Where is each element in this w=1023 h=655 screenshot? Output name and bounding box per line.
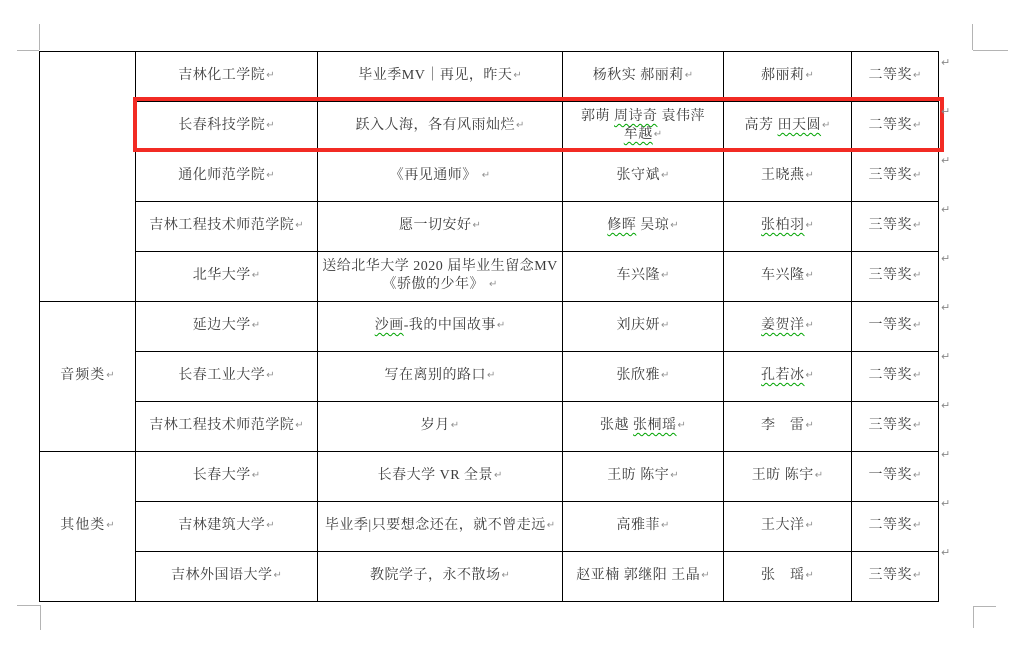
table-row: 吉林工程技术师范学院↵愿一切安好↵修晖 吴琼↵张柏羽↵三等奖↵ <box>40 202 939 252</box>
spellcheck-flagged-text: 沙画 <box>375 318 404 333</box>
table-row: 吉林外国语大学↵教院学子，永不散场↵赵亚楠 郭继阳 王晶↵张 瑶↵三等奖↵ <box>40 552 939 602</box>
end-of-cell-mark: ↵ <box>494 470 502 481</box>
cell-award: 二等奖↵ <box>852 102 939 152</box>
cell-text: 吉林外国语大学 <box>171 568 273 583</box>
row-end-paragraph-mark: ↵ <box>941 253 950 264</box>
cell-advisors: 姜贺洋↵ <box>724 302 852 352</box>
end-of-cell-mark: ↵ <box>913 470 921 481</box>
cell-text: -我的中国故事 <box>404 318 496 333</box>
row-end-paragraph-mark: ↵ <box>941 351 950 362</box>
cell-title: 写在离别的路口↵ <box>318 352 563 402</box>
end-of-cell-mark: ↵ <box>489 279 497 290</box>
end-of-cell-mark: ↵ <box>473 220 481 231</box>
spellcheck-flagged-text: 姜贺洋 <box>761 318 805 333</box>
cell-title: 毕业季MV｜再见，昨天↵ <box>318 52 563 102</box>
end-of-cell-mark: ↵ <box>913 220 921 231</box>
end-of-cell-mark: ↵ <box>701 570 709 581</box>
cell-text: 高雅菲 <box>617 518 661 533</box>
cell-text: 二等奖 <box>869 518 913 533</box>
row-end-paragraph-mark: ↵ <box>941 498 950 509</box>
cell-text: 吴琼 <box>636 218 669 233</box>
table-row: 通化师范学院↵《再见通师》 ↵张守斌↵王晓燕↵三等奖↵ <box>40 152 939 202</box>
cell-text: 教院学子，永不散场 <box>370 568 501 583</box>
cell-text: 吉林工程技术师范学院 <box>149 418 294 433</box>
cell-authors: 高雅菲↵ <box>563 502 724 552</box>
cell-text: 李 雷 <box>761 418 805 433</box>
cell-title: 岁月↵ <box>318 402 563 452</box>
end-of-cell-mark: ↵ <box>806 320 814 331</box>
spellcheck-flagged-text: 修晖 <box>607 218 636 233</box>
end-of-cell-mark: ↵ <box>806 370 814 381</box>
end-of-cell-mark: ↵ <box>806 220 814 231</box>
cell-text: 通化师范学院 <box>178 168 265 183</box>
end-of-cell-mark: ↵ <box>266 370 274 381</box>
cell-text: 延边大学 <box>193 318 251 333</box>
row-end-paragraph-mark: ↵ <box>941 449 950 460</box>
cell-text: 愿一切安好 <box>399 218 472 233</box>
cell-text: 岁月 <box>421 418 450 433</box>
cell-text: 高芳 <box>745 118 778 133</box>
end-of-cell-mark: ↵ <box>913 70 921 81</box>
end-of-cell-mark: ↵ <box>295 420 303 431</box>
cell-award: 二等奖↵ <box>852 352 939 402</box>
cell-text: 张守斌 <box>617 168 661 183</box>
cell-award: 二等奖↵ <box>852 52 939 102</box>
table-row-highlighted: 长春科技学院↵跃入人海，各有风雨灿烂↵郭萌 周诗奇 袁伟萍牟越↵高芳 田天圆↵二… <box>40 102 939 152</box>
cell-text: 袁伟萍 <box>658 109 706 124</box>
end-of-cell-mark: ↵ <box>913 570 921 581</box>
end-of-cell-mark: ↵ <box>913 170 921 181</box>
spellcheck-flagged-text: 张桐瑶 <box>633 418 677 433</box>
cell-authors: 杨秋实 郝丽莉↵ <box>563 52 724 102</box>
end-of-cell-mark: ↵ <box>913 370 921 381</box>
crop-mark-bottom-left-v <box>40 605 41 630</box>
row-end-paragraph-mark: ↵ <box>941 57 950 68</box>
cell-text: 写在离别的路口 <box>385 368 487 383</box>
cell-text: 车兴隆 <box>617 268 661 283</box>
end-of-cell-mark: ↵ <box>266 520 274 531</box>
cell-text: 长春大学 VR 全景 <box>378 468 493 483</box>
crop-mark-bottom-left-h <box>17 605 40 606</box>
cell-college: 长春科技学院↵ <box>136 102 318 152</box>
cell-award: 三等奖↵ <box>852 152 939 202</box>
cell-text: 王昉 陈宇 <box>607 468 669 483</box>
cell-title: 沙画-我的中国故事↵ <box>318 302 563 352</box>
end-of-cell-mark: ↵ <box>661 320 669 331</box>
cell-title: 《再见通师》 ↵ <box>318 152 563 202</box>
cell-authors: 赵亚楠 郭继阳 王晶↵ <box>563 552 724 602</box>
cell-text: 郝丽莉 <box>761 68 805 83</box>
end-of-cell-mark: ↵ <box>497 320 505 331</box>
end-of-cell-mark: ↵ <box>295 220 303 231</box>
cell-text: 王晓燕 <box>761 168 805 183</box>
cell-advisors: 孔若冰↵ <box>724 352 852 402</box>
cell-authors: 张欣雅↵ <box>563 352 724 402</box>
cell-text: 音频类 <box>60 368 105 383</box>
crop-mark-top-right-h <box>973 50 1008 51</box>
end-of-cell-mark: ↵ <box>670 220 678 231</box>
end-of-cell-mark: ↵ <box>806 270 814 281</box>
document-page: 吉林化工学院↵毕业季MV｜再见，昨天↵杨秋实 郝丽莉↵郝丽莉↵二等奖↵长春科技学… <box>0 0 1023 655</box>
cell-advisors: 王大洋↵ <box>724 502 852 552</box>
cell-advisors: 王晓燕↵ <box>724 152 852 202</box>
cell-text: 毕业季MV｜再见，昨天 <box>358 68 512 83</box>
cell-college: 吉林化工学院↵ <box>136 52 318 102</box>
row-end-paragraph-mark: ↵ <box>941 547 950 558</box>
cell-title: 教院学子，永不散场↵ <box>318 552 563 602</box>
table-row: 吉林化工学院↵毕业季MV｜再见，昨天↵杨秋实 郝丽莉↵郝丽莉↵二等奖↵ <box>40 52 939 102</box>
end-of-cell-mark: ↵ <box>661 270 669 281</box>
end-of-cell-mark: ↵ <box>547 520 555 531</box>
cell-title: 愿一切安好↵ <box>318 202 563 252</box>
row-end-paragraph-mark: ↵ <box>941 302 950 313</box>
cell-text: 三等奖 <box>869 168 913 183</box>
cell-award: 一等奖↵ <box>852 302 939 352</box>
end-of-cell-mark: ↵ <box>678 420 686 431</box>
cell-award: 一等奖↵ <box>852 452 939 502</box>
cell-title: 送给北华大学 2020 届毕业生留念MV《骄傲的少年》 ↵ <box>318 252 563 302</box>
spellcheck-flagged-text: 牟越 <box>624 127 653 142</box>
cell-text: 长春科技学院 <box>178 118 265 133</box>
end-of-cell-mark: ↵ <box>913 320 921 331</box>
cell-award: 二等奖↵ <box>852 502 939 552</box>
cell-category <box>40 52 136 302</box>
crop-mark-top-left-h <box>17 50 39 51</box>
cell-authors: 车兴隆↵ <box>563 252 724 302</box>
cell-text: 长春大学 <box>193 468 251 483</box>
cell-advisors: 车兴隆↵ <box>724 252 852 302</box>
cell-text: 北华大学 <box>193 268 251 283</box>
cell-advisors: 王昉 陈宇↵ <box>724 452 852 502</box>
cell-college: 吉林外国语大学↵ <box>136 552 318 602</box>
cell-authors: 刘庆妍↵ <box>563 302 724 352</box>
cell-text: 二等奖 <box>869 68 913 83</box>
row-end-paragraph-mark: ↵ <box>941 400 950 411</box>
table-row: 北华大学↵送给北华大学 2020 届毕业生留念MV《骄傲的少年》 ↵车兴隆↵车兴… <box>40 252 939 302</box>
cell-text: 二等奖 <box>869 368 913 383</box>
spellcheck-flagged-text: 田天圆 <box>778 118 822 133</box>
awards-table: 吉林化工学院↵毕业季MV｜再见，昨天↵杨秋实 郝丽莉↵郝丽莉↵二等奖↵长春科技学… <box>39 51 939 602</box>
cell-text: 刘庆妍 <box>617 318 661 333</box>
cell-title: 长春大学 VR 全景↵ <box>318 452 563 502</box>
cell-authors: 张守斌↵ <box>563 152 724 202</box>
end-of-cell-mark: ↵ <box>516 120 524 131</box>
cell-college: 延边大学↵ <box>136 302 318 352</box>
end-of-cell-mark: ↵ <box>451 420 459 431</box>
end-of-cell-mark: ↵ <box>487 370 495 381</box>
cell-text: 长春工业大学 <box>178 368 265 383</box>
end-of-cell-mark: ↵ <box>913 520 921 531</box>
cell-text: 张越 <box>600 418 633 433</box>
end-of-cell-mark: ↵ <box>252 470 260 481</box>
table-row: 其他类↵长春大学↵长春大学 VR 全景↵王昉 陈宇↵王昉 陈宇↵一等奖↵ <box>40 452 939 502</box>
cell-text: 吉林建筑大学 <box>178 518 265 533</box>
end-of-cell-mark: ↵ <box>661 170 669 181</box>
cell-text: 杨秋实 郝丽莉 <box>593 68 684 83</box>
cell-title: 毕业季|只要想念还在，就不曾走远↵ <box>318 502 563 552</box>
table-row: 长春工业大学↵写在离别的路口↵张欣雅↵孔若冰↵二等奖↵ <box>40 352 939 402</box>
cell-college: 长春工业大学↵ <box>136 352 318 402</box>
cell-text: 三等奖 <box>869 568 913 583</box>
end-of-cell-mark: ↵ <box>654 129 662 140</box>
end-of-cell-mark: ↵ <box>815 470 823 481</box>
cell-college: 吉林工程技术师范学院↵ <box>136 202 318 252</box>
cell-award: 三等奖↵ <box>852 402 939 452</box>
end-of-cell-mark: ↵ <box>822 120 830 131</box>
cell-college: 吉林建筑大学↵ <box>136 502 318 552</box>
spellcheck-flagged-text: 张柏羽 <box>761 218 805 233</box>
cell-college: 北华大学↵ <box>136 252 318 302</box>
spellcheck-flagged-text: 周诗奇 <box>614 109 658 124</box>
cell-category: 其他类↵ <box>40 452 136 602</box>
cell-authors: 王昉 陈宇↵ <box>563 452 724 502</box>
end-of-cell-mark: ↵ <box>266 70 274 81</box>
cell-text: 毕业季|只要想念还在，就不曾走远 <box>325 518 546 533</box>
crop-mark-bottom-right-h <box>973 606 996 607</box>
cell-text: 张 瑶 <box>761 568 805 583</box>
cell-college: 通化师范学院↵ <box>136 152 318 202</box>
crop-mark-top-right-v <box>972 24 973 50</box>
cell-text: 一等奖 <box>869 318 913 333</box>
cell-text: 赵亚楠 郭继阳 王晶 <box>576 568 700 583</box>
cell-authors: 郭萌 周诗奇 袁伟萍牟越↵ <box>563 102 724 152</box>
crop-mark-bottom-right-v <box>973 606 974 628</box>
end-of-cell-mark: ↵ <box>806 420 814 431</box>
end-of-cell-mark: ↵ <box>806 520 814 531</box>
end-of-cell-mark: ↵ <box>913 120 921 131</box>
end-of-cell-mark: ↵ <box>670 470 678 481</box>
cell-text: 《骄傲的少年》 <box>383 277 489 292</box>
end-of-cell-mark: ↵ <box>513 70 521 81</box>
cell-text: 二等奖 <box>869 118 913 133</box>
crop-mark-top-left-v <box>39 24 40 50</box>
end-of-cell-mark: ↵ <box>274 570 282 581</box>
end-of-cell-mark: ↵ <box>502 570 510 581</box>
end-of-cell-mark: ↵ <box>106 520 114 531</box>
cell-text: 《再见通师》 <box>390 168 481 183</box>
cell-advisors: 张 瑶↵ <box>724 552 852 602</box>
cell-advisors: 郝丽莉↵ <box>724 52 852 102</box>
cell-advisors: 李 雷↵ <box>724 402 852 452</box>
end-of-cell-mark: ↵ <box>106 370 114 381</box>
cell-text: 王大洋 <box>761 518 805 533</box>
cell-authors: 修晖 吴琼↵ <box>563 202 724 252</box>
row-end-paragraph-mark: ↵ <box>941 155 950 166</box>
cell-text: 吉林化工学院 <box>178 68 265 83</box>
cell-text: 三等奖 <box>869 268 913 283</box>
end-of-cell-mark: ↵ <box>913 420 921 431</box>
cell-text: 三等奖 <box>869 418 913 433</box>
end-of-cell-mark: ↵ <box>661 520 669 531</box>
cell-text: 跃入人海，各有风雨灿烂 <box>356 118 516 133</box>
cell-text: 一等奖 <box>869 468 913 483</box>
table-row: 吉林建筑大学↵毕业季|只要想念还在，就不曾走远↵高雅菲↵王大洋↵二等奖↵ <box>40 502 939 552</box>
cell-text: 车兴隆 <box>761 268 805 283</box>
row-end-paragraph-mark: ↵ <box>941 204 950 215</box>
cell-title: 跃入人海，各有风雨灿烂↵ <box>318 102 563 152</box>
end-of-cell-mark: ↵ <box>252 320 260 331</box>
end-of-cell-mark: ↵ <box>661 370 669 381</box>
end-of-cell-mark: ↵ <box>806 570 814 581</box>
cell-text: 王昉 陈宇 <box>752 468 814 483</box>
cell-text: 送给北华大学 2020 届毕业生留念MV <box>322 259 558 274</box>
end-of-cell-mark: ↵ <box>252 270 260 281</box>
cell-text: 郭萌 <box>581 109 614 124</box>
cell-text: 三等奖 <box>869 218 913 233</box>
cell-award: 三等奖↵ <box>852 202 939 252</box>
cell-text: 其他类 <box>60 518 105 533</box>
cell-authors: 张越 张桐瑶↵ <box>563 402 724 452</box>
cell-advisors: 张柏羽↵ <box>724 202 852 252</box>
end-of-cell-mark: ↵ <box>482 170 490 181</box>
row-end-paragraph-mark: ↵ <box>941 106 950 117</box>
end-of-cell-mark: ↵ <box>266 170 274 181</box>
cell-award: 三等奖↵ <box>852 252 939 302</box>
spellcheck-flagged-text: 孔若冰 <box>761 368 805 383</box>
cell-award: 三等奖↵ <box>852 552 939 602</box>
end-of-cell-mark: ↵ <box>806 170 814 181</box>
cell-advisors: 高芳 田天圆↵ <box>724 102 852 152</box>
end-of-cell-mark: ↵ <box>806 70 814 81</box>
table-row: 吉林工程技术师范学院↵岁月↵张越 张桐瑶↵李 雷↵三等奖↵ <box>40 402 939 452</box>
table-row: 音频类↵延边大学↵沙画-我的中国故事↵刘庆妍↵姜贺洋↵一等奖↵ <box>40 302 939 352</box>
cell-text: 吉林工程技术师范学院 <box>149 218 294 233</box>
end-of-cell-mark: ↵ <box>913 270 921 281</box>
cell-category: 音频类↵ <box>40 302 136 452</box>
cell-college: 长春大学↵ <box>136 452 318 502</box>
end-of-cell-mark: ↵ <box>685 70 693 81</box>
cell-text: 张欣雅 <box>617 368 661 383</box>
cell-college: 吉林工程技术师范学院↵ <box>136 402 318 452</box>
end-of-cell-mark: ↵ <box>266 120 274 131</box>
